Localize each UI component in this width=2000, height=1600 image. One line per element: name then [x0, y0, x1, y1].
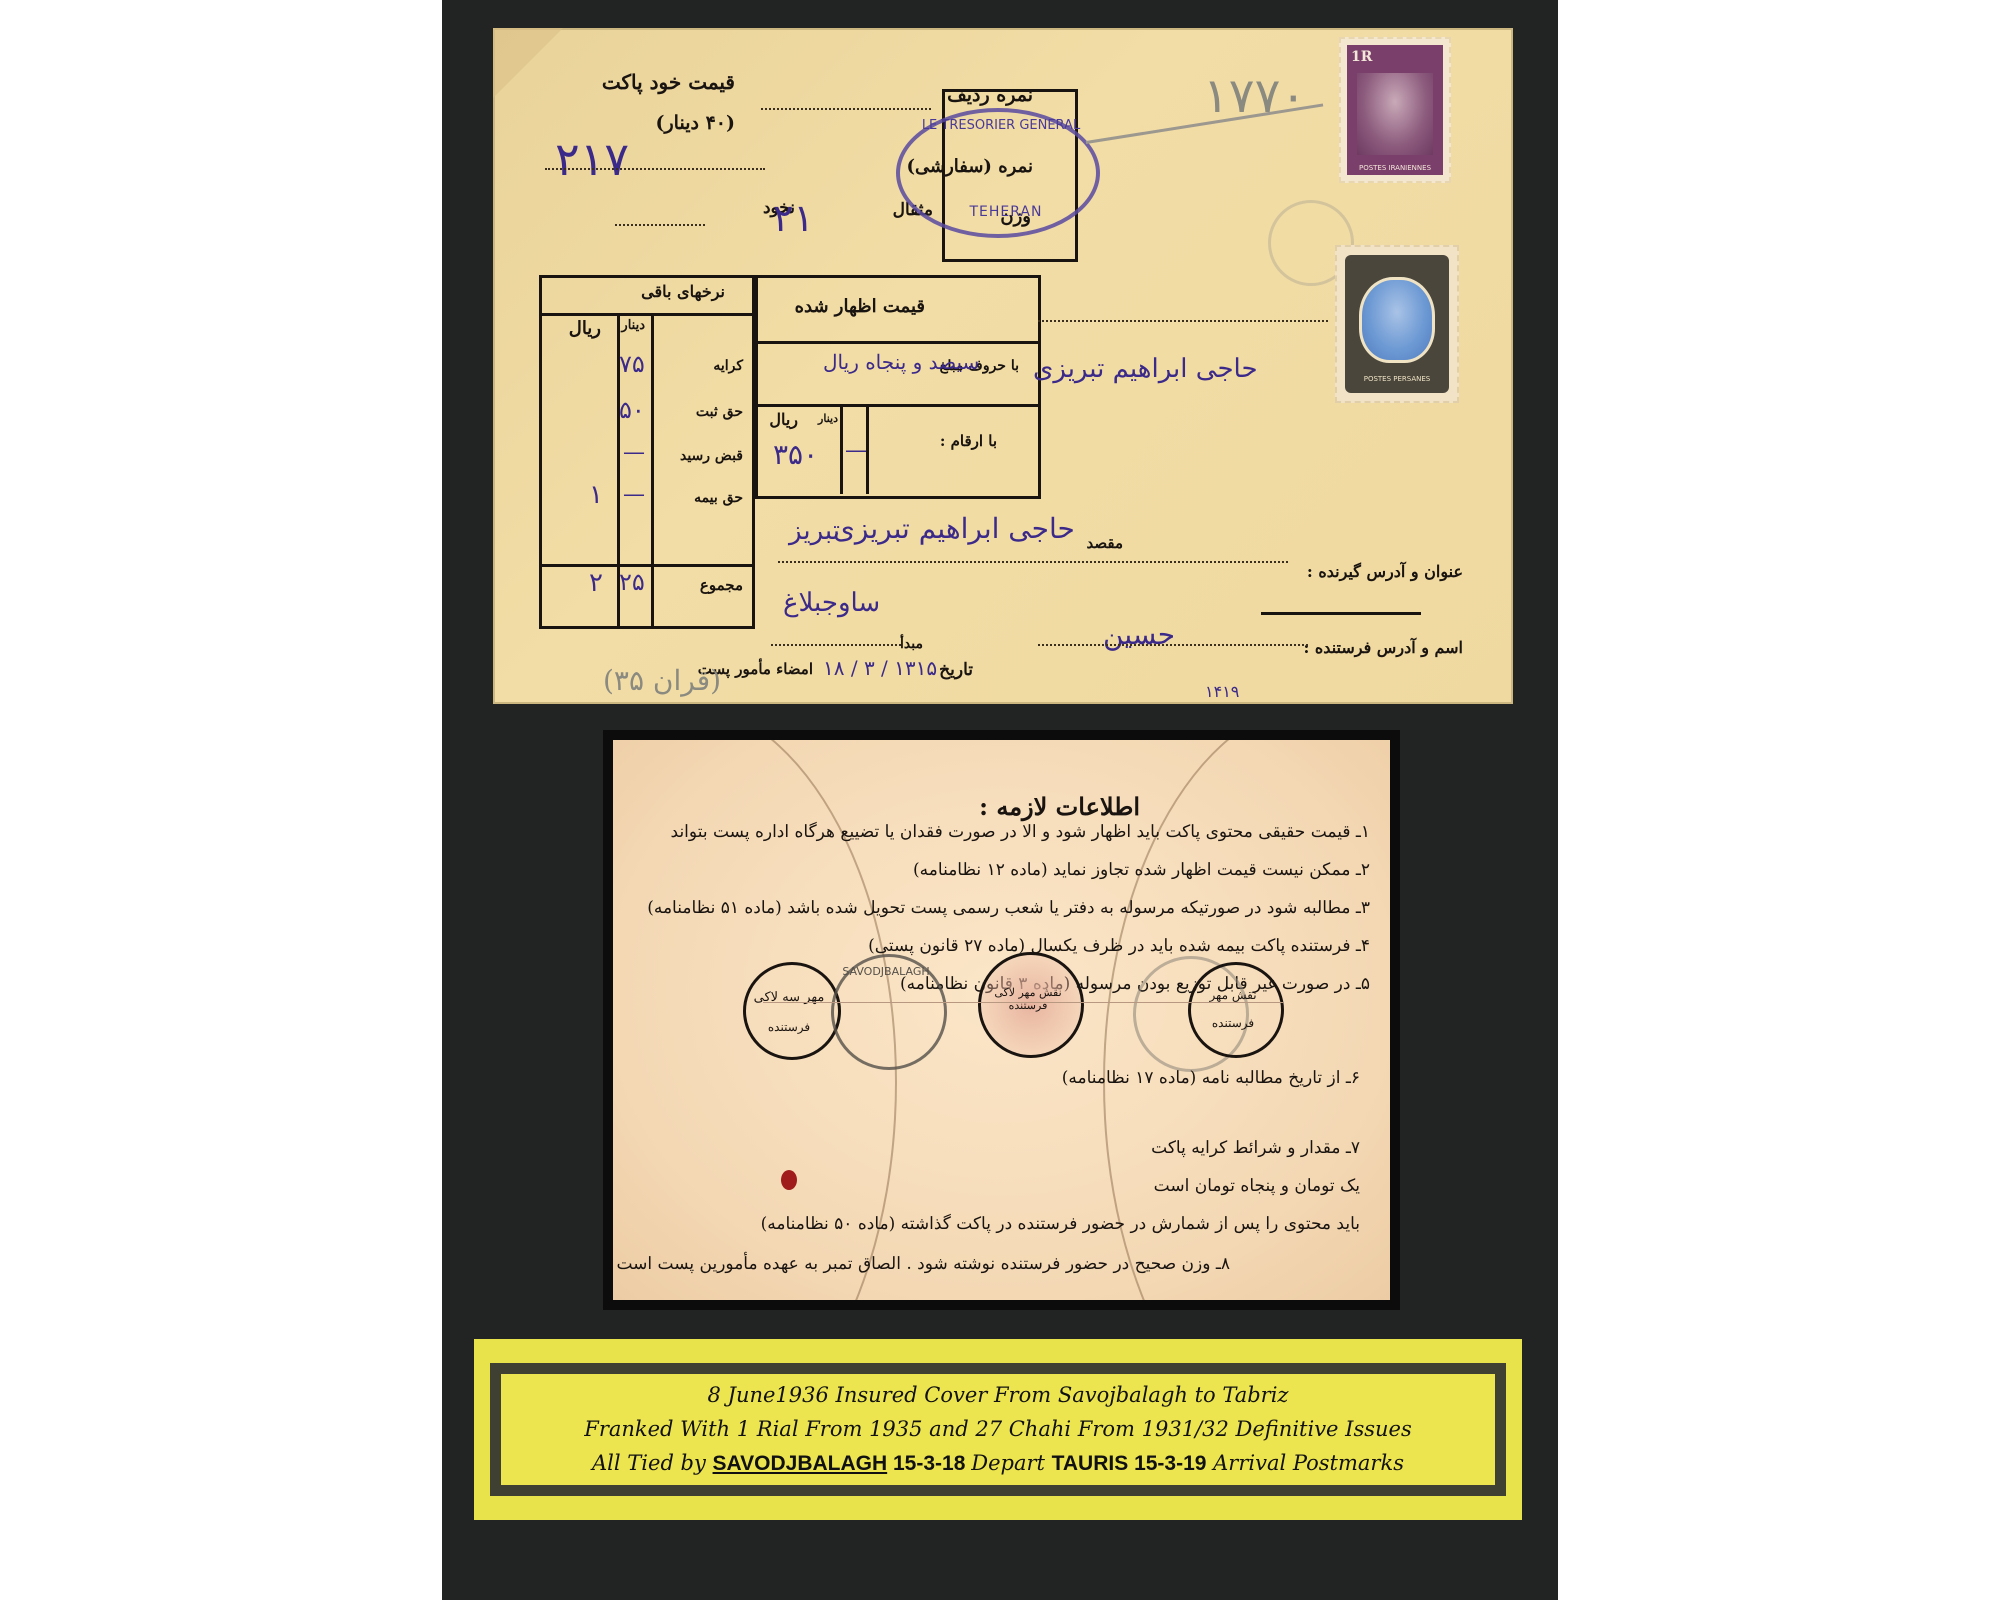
- back-heading: اطلاعات لازمه :: [979, 792, 1140, 821]
- caption-suffix: Arrival Postmarks: [1206, 1451, 1404, 1475]
- fees-col-rial: ریال: [569, 318, 601, 339]
- fold-crease: [763, 1002, 1283, 1003]
- declared-value-header: قیمت اظهار شده: [795, 296, 925, 317]
- stamp-inscription: POSTES IRANIENNES: [1347, 164, 1443, 172]
- handwritten-date: ۱۸ / ۳ / ۱۳۱۵: [823, 656, 937, 680]
- fee-label-receipt: قبض رسید: [680, 448, 743, 464]
- handwritten-destination: تبریز: [789, 516, 840, 546]
- table-rule: [651, 313, 654, 626]
- handwritten-sender: حسین: [1103, 618, 1175, 651]
- paper-corner-crease: [493, 28, 563, 98]
- back-text-line: ۲ـ ممکن نیست قیمت اظهار شده تجاوز نماید …: [913, 860, 1370, 880]
- dotted-line: [771, 644, 901, 646]
- table-rule: [755, 341, 1038, 344]
- fee-label-total: مجموع: [700, 576, 743, 594]
- label-origin: مبدأ: [900, 636, 923, 652]
- seal-text: فرستنده: [1193, 1016, 1273, 1030]
- table-rule: [755, 404, 1038, 407]
- seal-circle: [1188, 962, 1284, 1058]
- caption-line-1: 8 June1936 Insured Cover From Savojbalag…: [708, 1378, 1289, 1412]
- table-rule: [840, 404, 843, 494]
- label-in-figures: با ارقام :: [940, 432, 997, 450]
- caption-line-3: All Tied by SAVODJBALAGH 15-3-18 Depart …: [592, 1446, 1404, 1481]
- fee-dinar-total: ۲۵: [619, 568, 645, 596]
- back-text-line: ۴ـ فرستنده پاکت بیمه شده باید در ظرف یکس…: [868, 936, 1370, 956]
- back-text-line: ۷ـ مقدار و شرائط کرایه پاکت: [1151, 1138, 1360, 1158]
- label-pouch-price-amount: (۴۰ دینار): [656, 112, 735, 134]
- seal-text: نقش مهر لاکی فرستنده: [985, 986, 1071, 1012]
- separator-line: [1261, 612, 1421, 615]
- stamp-portrait: [1357, 73, 1433, 155]
- stamp-1-rial: 1R POSTES IRANIENNES: [1339, 37, 1451, 183]
- cachet-top-text: LE TRESORIER GENERAL: [921, 118, 1081, 133]
- fee-label-insurance: حق بیمه: [694, 490, 743, 506]
- label-recipient: عنوان و آدرس گیرنده :: [1307, 562, 1463, 581]
- caption-depart: Depart: [971, 1451, 1051, 1475]
- fee-rial-total: ۲: [589, 568, 603, 598]
- dotted-line: [1038, 320, 1328, 322]
- back-text-line: یک تومان و پنجاه تومان است: [1154, 1176, 1360, 1196]
- caption-line-2: Franked With 1 Rial From 1935 and 27 Cha…: [584, 1412, 1412, 1446]
- fee-dinar-insurance: —: [623, 482, 645, 507]
- fee-label-postage: کرایه: [713, 358, 743, 374]
- handwritten-addressee-top: حاجی ابراهیم تبریزی: [1033, 354, 1258, 384]
- label-sender: اسم و آدرس فرستنده :: [1303, 638, 1463, 657]
- caption-destination: TAURIS 15-3-19: [1052, 1452, 1207, 1475]
- handwritten-declared-value-dinar: —: [845, 438, 867, 463]
- wax-drop: [781, 1170, 797, 1190]
- caption-frame: 8 June1936 Insured Cover From Savojbalag…: [490, 1363, 1506, 1496]
- cover-back: اطلاعات لازمه : ۱ـ قیمت حقیقی محتوی پاکت…: [613, 740, 1390, 1300]
- stamp-denomination: 1R: [1351, 49, 1372, 65]
- back-text-line: ۸ـ وزن صحیح در حضور فرستنده نوشته شود . …: [616, 1254, 1230, 1274]
- seal-text: فرستنده: [751, 1020, 827, 1034]
- form-number: ۱۴۱۹: [1205, 682, 1239, 701]
- stamp-portrait: [1359, 277, 1435, 363]
- dotted-line: [778, 561, 1288, 563]
- dotted-line: [545, 168, 765, 170]
- back-text-line: ۳ـ مطالبه شود در صورتیکه مرسوله به دفتر …: [647, 898, 1370, 918]
- label-pouch-price: قیمت خود پاکت: [602, 70, 735, 94]
- postmark-text: SAVODJBALAGH: [839, 965, 933, 978]
- handwritten-declared-value-rial: ۳۵۰: [773, 438, 818, 471]
- back-text-line: ۱ـ قیمت حقیقی محتوی پاکت باید اظهار شود …: [671, 822, 1370, 842]
- back-text-line: ۵ـ در صورت غیر قابل توزیع بودن مرسوله (م…: [900, 974, 1370, 994]
- label-destination: مقصد: [1086, 534, 1123, 552]
- fee-label-registration: حق ثبت: [696, 404, 743, 420]
- handwritten-registered-number: ۲۱۷: [555, 132, 629, 186]
- fee-rial-insurance: ۱: [589, 480, 603, 510]
- fee-dinar-postage: ۷۵: [619, 350, 645, 378]
- seal-text: نقش مهر: [1193, 988, 1273, 1002]
- dotted-line: [615, 224, 705, 226]
- seal-circle: [743, 962, 841, 1060]
- fee-dinar-registration: ۵۰: [619, 396, 645, 424]
- pencil-note-bottom: (۳۵ قران): [603, 664, 721, 697]
- declared-col-rial: ریال: [769, 410, 798, 429]
- stamp-27-chahi: POSTES PERSANES: [1335, 245, 1459, 403]
- handwritten-weight: ۲۱: [773, 196, 814, 240]
- label-date: تاریخ: [939, 660, 973, 680]
- handwritten-declared-value-words: سیصد و پنجاه ریال: [823, 350, 979, 374]
- dotted-line: [1038, 644, 1308, 646]
- handwritten-origin: ساوجبلاغ: [783, 588, 880, 618]
- back-text-line: ۶ـ از تاریخ مطالبه نامه (ماده ۱۷ نظامنام…: [1062, 1068, 1360, 1088]
- handwritten-recipient: حاجی ابراهیم تبریزی: [833, 512, 1075, 545]
- caption-origin-office: SAVODJBALAGH: [713, 1452, 888, 1475]
- caption-origin-date: 15-3-18: [887, 1452, 971, 1475]
- exhibit-caption: 8 June1936 Insured Cover From Savojbalag…: [474, 1339, 1522, 1520]
- fee-dinar-receipt: —: [623, 440, 645, 465]
- fees-header: نرخهای باقی: [641, 282, 725, 301]
- back-text-line: باید محتوی را پس از شمارش در حضور فرستند…: [761, 1214, 1360, 1234]
- stamp-inscription: POSTES PERSANES: [1345, 375, 1449, 383]
- table-rule: [539, 313, 752, 316]
- fees-col-dinar: دینار: [621, 318, 645, 333]
- cachet-bottom-text: TEHERAN: [946, 204, 1066, 220]
- declared-col-dinar: دینار: [818, 412, 838, 425]
- table-rule: [539, 564, 752, 567]
- dotted-line: [761, 108, 931, 110]
- caption-prefix: All Tied by: [592, 1451, 713, 1475]
